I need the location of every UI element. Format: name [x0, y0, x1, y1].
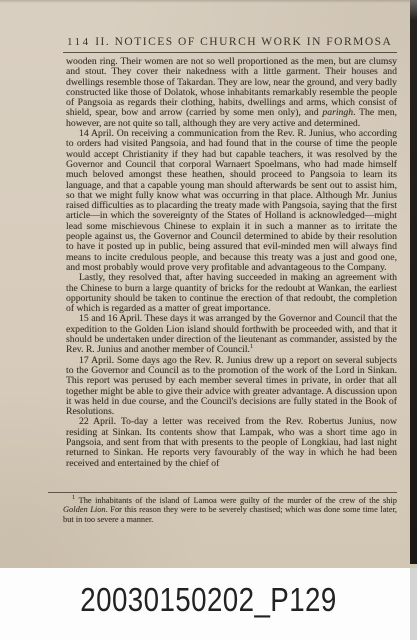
page-number: 114 [67, 36, 91, 48]
text-segment-sup: 1 [250, 343, 253, 350]
paragraph: 14 April. On receiving a communication f… [66, 129, 397, 273]
text-segment-italic: Golden Lion [63, 505, 106, 514]
text-segment: . For this reason they were to be severe… [63, 505, 397, 523]
text-segment: 17 April. Some days ago the Rev. R. Juni… [66, 355, 397, 417]
scanned-document: 114 II. NOTICES OF CHURCH WORK IN FORMOS… [0, 0, 417, 640]
scan-edge-grey-strip [410, 568, 417, 640]
paragraph: Lastly, they resolved that, after having… [66, 273, 397, 314]
paragraph: wooden ring. Their women are not so well… [66, 57, 397, 129]
paragraph: 17 April. Some days ago the Rev. R. Juni… [66, 356, 397, 418]
running-title: II. NOTICES OF CHURCH WORK IN FORMOSA [91, 36, 397, 48]
page-header: 114 II. NOTICES OF CHURCH WORK IN FORMOS… [67, 36, 397, 48]
footnote-rule [48, 492, 397, 493]
paragraph: 15 and 16 April. These days it was arran… [66, 314, 397, 355]
footnote: 1 The inhabitants of the island of Lamoa… [63, 496, 397, 524]
text-segment: The inhabitants of the island of Lamoa w… [75, 496, 397, 505]
text-segment: 15 and 16 April. These days it was arran… [66, 313, 397, 355]
text-segment: 14 April. On receiving a communication f… [66, 128, 397, 273]
header-rule [63, 52, 397, 53]
text-segment: 22 April. To-day a letter was received f… [66, 416, 397, 468]
body-text: wooden ring. Their women are not so well… [66, 57, 397, 491]
scan-edge-black-strip [410, 0, 417, 564]
scan-bottom-margin: 20030150202_P129 [0, 568, 417, 640]
scan-id-label: 20030150202_P129 [33, 581, 383, 619]
paragraph: 22 April. To-day a letter was received f… [66, 417, 397, 468]
text-segment: Lastly, they resolved that, after having… [66, 272, 397, 314]
book-page: 114 II. NOTICES OF CHURCH WORK IN FORMOS… [0, 0, 417, 569]
